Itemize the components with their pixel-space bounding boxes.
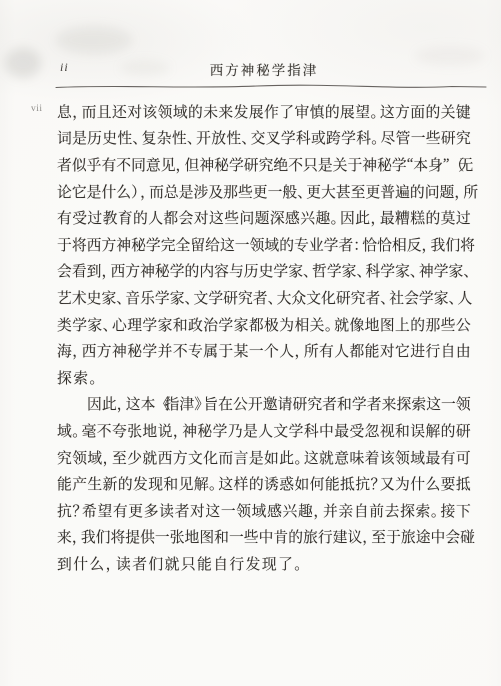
text-line: 有受过教育的人都会对这些问题深感兴趣。因此，最糟糕的莫过 bbox=[57, 204, 471, 231]
text-line: 词是历史性、复杂性、开放性、交叉学科或跨学科。尽管一些研究 bbox=[57, 125, 471, 152]
text-line: 究领域，至少就西方文化而言是如此。这就意味着该领域最有可 bbox=[57, 444, 471, 471]
book-page: ii 西方神秘学指津 vii 息，而且还对该领域的未来发展作了审慎的展望。这方面… bbox=[0, 0, 501, 686]
margin-note: vii bbox=[31, 104, 43, 114]
text-line: 者似乎有不同意见，但神秘学研究绝不只是关于神秘学“本身”（无 bbox=[57, 151, 471, 178]
text-line: 会看到，西方神秘学的内容与历史学家、哲学家、科学家、神学家、 bbox=[57, 258, 471, 285]
text-line: 论它是什么），而总是涉及那些更一般、更大甚至更普遍的问题，所 bbox=[57, 178, 471, 205]
text-line: 类学家、心理学家和政治学家都极为相关。就像地图上的那些公 bbox=[57, 311, 471, 338]
text-line: 艺术史家、音乐学家、文学研究者、大众文化研究者、社会学家、人 bbox=[57, 284, 471, 311]
text-line: 域。毫不夸张地说，神秘学乃是人文学科中最受忽视和误解的研 bbox=[57, 417, 471, 444]
running-title: 西方神秘学指津 bbox=[57, 59, 471, 79]
text-line: 来，我们将提供一张地图和一些中肯的旅行建议，至于旅途中会碰 bbox=[57, 524, 471, 551]
text-line: 因此，这本《指津》旨在公开邀请研究者和学者来探索这一领 bbox=[57, 391, 471, 418]
text-line: 于将西方神秘学完全留给这一领域的专业学者：恰恰相反，我们将 bbox=[57, 231, 471, 258]
scan-smudge bbox=[5, 48, 41, 78]
text-line: 到什么，读者们就只能自行发现了。 bbox=[57, 550, 471, 577]
text-line: 能产生新的发现和见解。这样的诱惑如何能抵抗？又为什么要抵 bbox=[57, 470, 471, 497]
header-rule bbox=[52, 81, 490, 93]
text-line: 息，而且还对该领域的未来发展作了审慎的展望。这方面的关键 bbox=[57, 98, 471, 125]
body-text: 息，而且还对该领域的未来发展作了审慎的展望。这方面的关键词是历史性、复杂性、开放… bbox=[57, 98, 471, 577]
text-line: 探索。 bbox=[57, 364, 471, 391]
scan-smudge bbox=[56, 26, 132, 54]
text-line: 海，西方神秘学并不专属于某一个人，所有人都能对它进行自由 bbox=[57, 337, 471, 364]
text-line: 抗？希望有更多读者对这一领域感兴趣，并亲自前去探索。接下 bbox=[57, 497, 471, 524]
